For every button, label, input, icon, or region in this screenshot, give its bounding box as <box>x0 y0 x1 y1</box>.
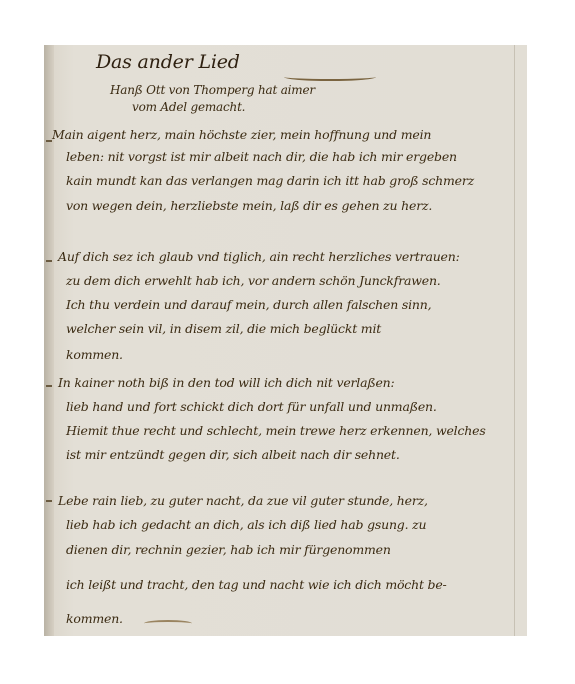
verse-line: Main aigent herz, main höchste zier, mei… <box>52 127 431 142</box>
verse-line: kain mundt kan das verlangen mag darin i… <box>66 173 474 188</box>
verse-line: ich leißt und tracht, den tag und nacht … <box>66 577 447 592</box>
verse-line: Auf dich sez ich glaub vnd tiglich, ain … <box>58 249 460 264</box>
verse-line: kommen. <box>66 611 123 626</box>
title-flourish <box>284 73 376 81</box>
verse-line: Hiemit thue recht und schlecht, mein tre… <box>66 423 486 438</box>
verse-line: welcher sein vil, in disem zil, die mich… <box>66 321 381 336</box>
verse-line: dienen dir, rechnin gezier, hab ich mir … <box>66 542 391 557</box>
verse-line: Ich thu verdein und darauf mein, durch a… <box>66 297 431 312</box>
verse-line: leben: nit vorgst ist mir albeit nach di… <box>66 149 457 164</box>
end-flourish <box>144 620 192 627</box>
verse-line: Lebe rain lieb, zu guter nacht, da zue v… <box>58 493 428 508</box>
verse-line: kommen. <box>66 347 123 362</box>
subtitle-line: Hanß Ott von Thomperg hat aimer <box>110 83 315 97</box>
margin-rule <box>514 45 515 636</box>
margin-mark <box>46 385 52 387</box>
margin-mark <box>46 260 52 262</box>
margin-mark <box>46 500 52 502</box>
song-title: Das ander Lied <box>96 51 240 73</box>
verse-line: zu dem dich erwehlt hab ich, vor andern … <box>66 273 441 288</box>
manuscript-page: Das ander Lied Hanß Ott von Thomperg hat… <box>44 45 527 636</box>
verse-line: lieb hand und fort schickt dich dort für… <box>66 399 437 414</box>
verse-line: In kainer noth biß in den tod will ich d… <box>58 375 395 390</box>
subtitle-line: vom Adel gemacht. <box>132 100 245 114</box>
verse-line: ist mir entzündt gegen dir, sich albeit … <box>66 447 400 462</box>
verse-line: lieb hab ich gedacht an dich, als ich di… <box>66 517 426 532</box>
verse-line: von wegen dein, herzliebste mein, laß di… <box>66 198 432 213</box>
